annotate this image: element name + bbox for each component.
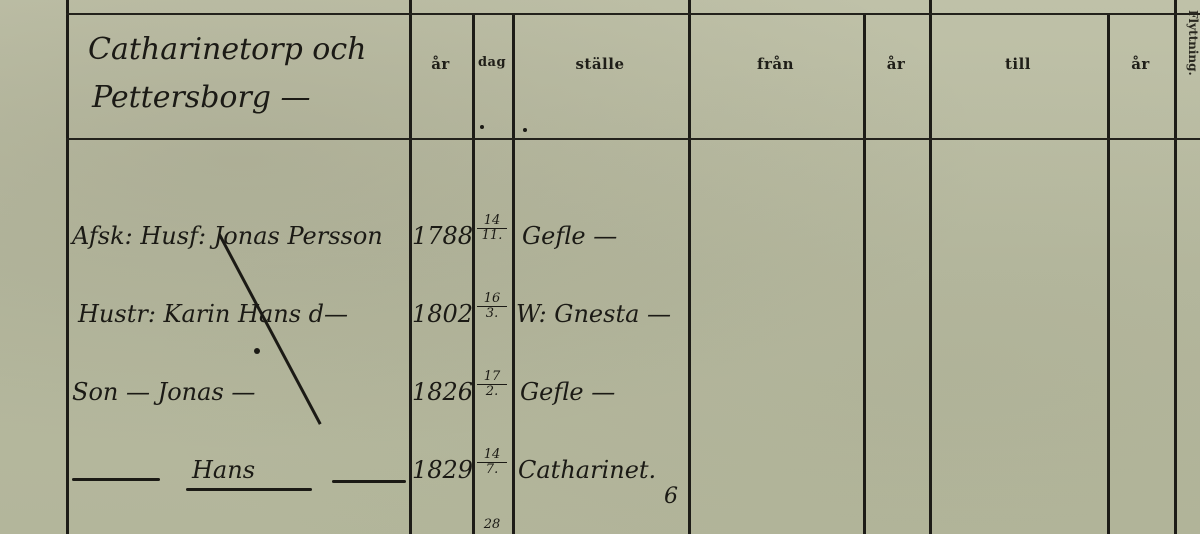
row-2-day: 16 3. <box>477 292 507 321</box>
row-1-year: 1788 <box>412 222 473 250</box>
row-3-day: 17 2. <box>477 370 507 399</box>
household-heading-line2: Pettersborg — <box>92 80 311 115</box>
ink-dot <box>254 348 260 354</box>
header-born-day: dag <box>472 55 512 70</box>
row-3-name: Son — Jonas — <box>72 378 255 406</box>
column-rule-to-year-end <box>1174 0 1177 534</box>
row-1-day: 14 11. <box>477 214 507 243</box>
column-rule-to-end <box>1107 14 1110 534</box>
ink-dot <box>523 128 527 132</box>
row-2-place: W: Gnesta — <box>516 300 671 328</box>
register-page: år dag ställe från år till år Flyttning.… <box>0 0 1200 534</box>
header-moved-from: från <box>688 55 863 73</box>
next-row-day-partial: 28 <box>477 518 507 532</box>
row-1-day-top: 14 <box>477 214 507 229</box>
row-2-day-top: 16 <box>477 292 507 307</box>
row-4-day-bottom: 7. <box>486 462 498 477</box>
column-rule-from-year-end <box>929 0 932 534</box>
row-3-day-bottom: 2. <box>486 384 498 399</box>
row-4-leading-dash <box>72 478 160 481</box>
next-row-day-top: 28 <box>484 517 501 532</box>
header-moved-to-year: år <box>1107 55 1174 73</box>
row-1-place: Gefle — <box>522 222 617 250</box>
row-4-day: 14 7. <box>477 448 507 477</box>
row-4-name-underline <box>186 488 312 491</box>
column-rule-name-end <box>409 0 412 534</box>
header-bottom-rule <box>66 138 1200 140</box>
row-4-name: Hans <box>192 456 255 484</box>
row-3-year: 1826 <box>412 378 473 406</box>
header-moved-from-year: år <box>863 55 929 73</box>
column-rule-place-end <box>688 0 691 534</box>
side-label-flyttning: Flyttning. <box>1180 10 1200 70</box>
row-4-note: 6 <box>664 484 678 509</box>
household-heading-line1: Catharinetorp och <box>88 32 367 67</box>
header-moved-to: till <box>929 55 1107 73</box>
row-3-day-top: 17 <box>477 370 507 385</box>
header-top-rule <box>66 13 1200 15</box>
row-4-year: 1829 <box>412 456 473 484</box>
column-rule-left <box>66 0 69 534</box>
column-rule-from-end <box>863 14 866 534</box>
row-1-day-bottom: 11. <box>482 228 503 243</box>
row-2-name: Hustr: Karin Hans d— <box>78 300 348 328</box>
header-born-year: år <box>409 55 472 73</box>
row-2-day-bottom: 3. <box>486 306 498 321</box>
header-born-place: ställe <box>512 55 688 73</box>
row-3-place: Gefle — <box>520 378 615 406</box>
ink-dot <box>480 125 484 129</box>
row-2-year: 1802 <box>412 300 473 328</box>
column-rule-day-end <box>512 14 515 534</box>
row-4-place: Catharinet. <box>518 456 656 484</box>
row-4-day-top: 14 <box>477 448 507 463</box>
row-4-trailing-dash <box>332 480 406 483</box>
